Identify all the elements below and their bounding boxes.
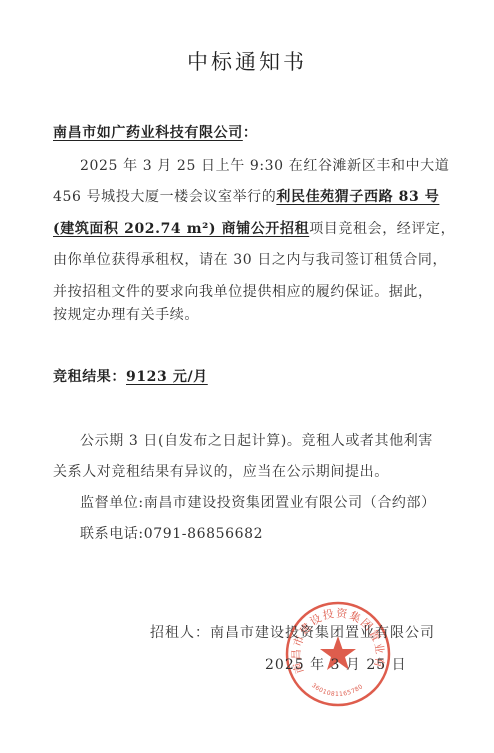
- svg-text:3601081165780: 3601081165780: [310, 682, 364, 698]
- result-line: 竞租结果：9123 元/月: [53, 366, 208, 386]
- body-line-1: 2025 年 3 月 25 日上午 9:30 在红谷滩新区丰和中大道: [80, 155, 449, 175]
- signer-line: 招租人：南昌市建设投资集团置业有限公司: [150, 622, 435, 642]
- notice-line-1: 公示期 3 日(自发布之日起计算)。竞租人或者其他利害: [80, 430, 433, 450]
- body-line-6: 按规定办理有关手续。: [53, 304, 199, 324]
- body-line-4: 由你单位获得承租权，请在 30 日之内与我司签订租赁合同，: [53, 249, 447, 269]
- result-label: 竞租结果：: [53, 369, 126, 385]
- result-value: 9123 元/月: [126, 369, 208, 385]
- body-line-3: (建筑面积 202.74 m²) 商铺公开招租项目竞租会，经评定，: [53, 218, 455, 238]
- notice-line-2: 关系人对竞租结果有异议的，应当在公示期间提出。: [53, 461, 389, 481]
- body-line-2: 456 号城投大厦一楼会议室举行的利民佳苑猬子西路 83 号: [53, 186, 439, 206]
- recipient-line: 南昌市如广药业科技有限公司：: [53, 122, 257, 142]
- notice-document: 中标通知书 南昌市如广药业科技有限公司： 2025 年 3 月 25 日上午 9…: [0, 0, 494, 753]
- date-line: 2025 年 3 月 25 日: [265, 654, 407, 674]
- body-line-5: 并按招租文件的要求向我单位提供相应的履约保证。据此，: [53, 281, 433, 301]
- project-name-part2: (建筑面积 202.74 m²) 商铺公开招租: [53, 221, 309, 237]
- body-text: 项目竞租会，经评定，: [309, 221, 455, 237]
- supervisor-line: 监督单位:南昌市建设投资集团置业有限公司（合约部）: [80, 492, 436, 512]
- recipient-name: 南昌市如广药业科技有限公司: [53, 125, 243, 141]
- recipient-colon: ：: [243, 125, 258, 141]
- project-name-part1: 利民佳苑猬子西路 83 号: [276, 189, 439, 205]
- body-text: 456 号城投大厦一楼会议室举行的: [53, 189, 276, 205]
- phone-line: 联系电话:0791-86856682: [80, 523, 263, 543]
- document-title: 中标通知书: [0, 46, 494, 76]
